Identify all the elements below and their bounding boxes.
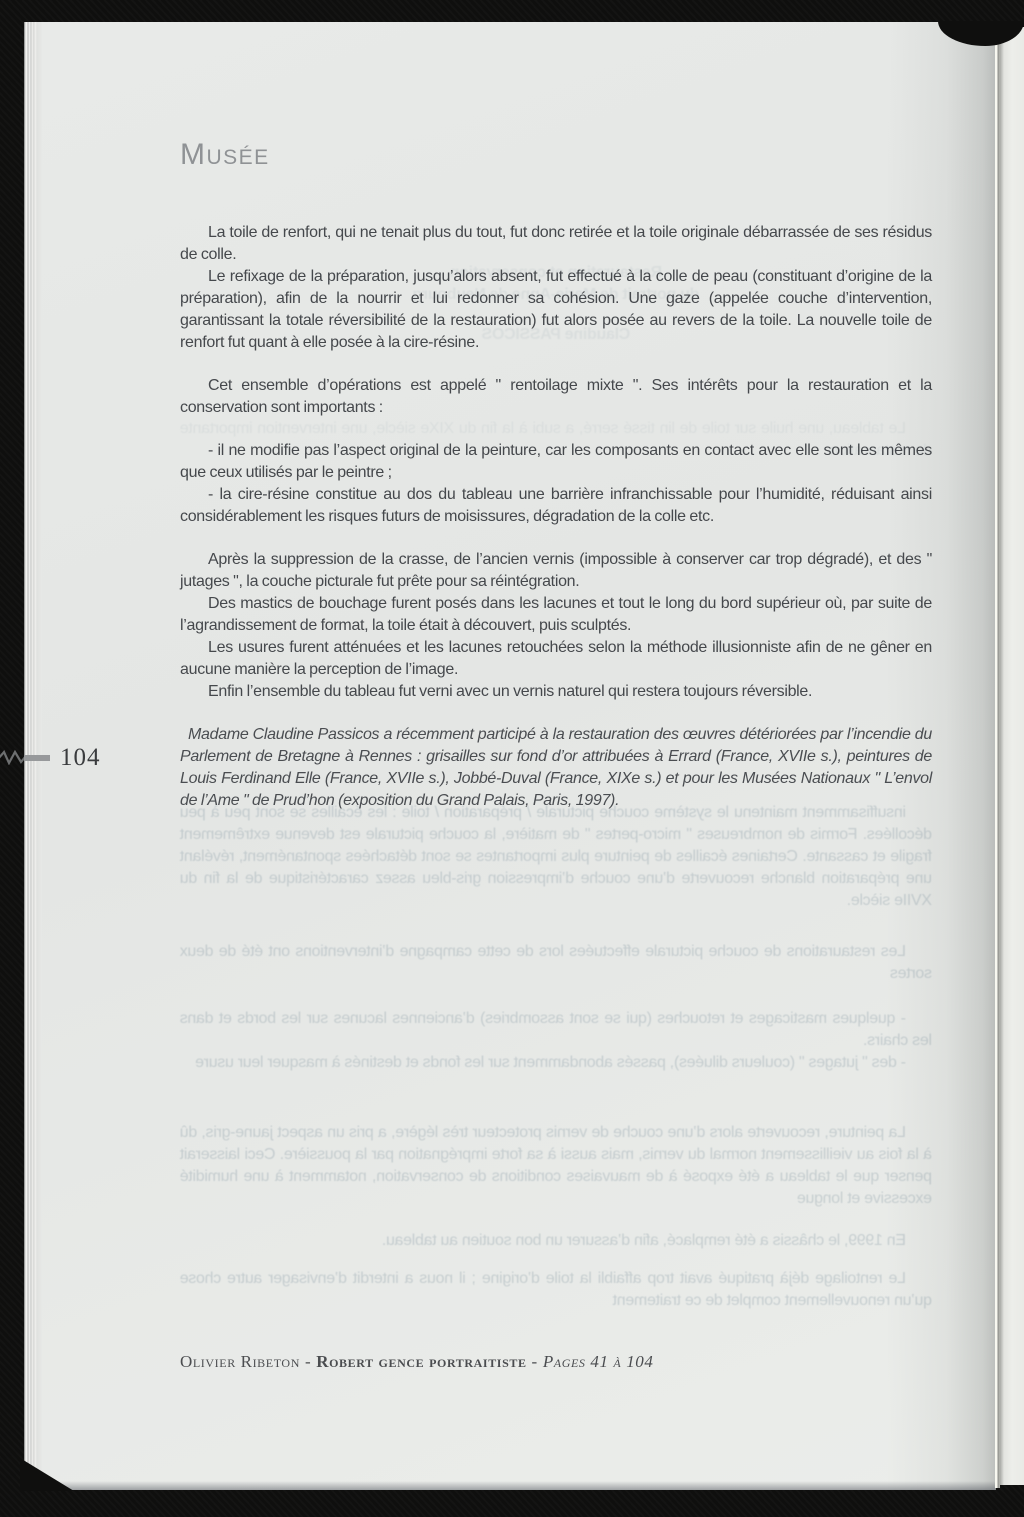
bleed-through-text: En 1999, le châssis a été remplacé, afin… (180, 1230, 932, 1252)
paragraph: Le refixage de la préparation, jusqu’alo… (180, 266, 932, 354)
bleed-through-text: Le rentoilage déjà pratiqué avait trop a… (180, 1268, 932, 1312)
paragraph: Madame Claudine Passicos a récemment par… (180, 724, 932, 812)
paragraph: - il ne modifie pas l’aspect original de… (180, 440, 932, 484)
book-page: Musée Restauration et conservation du po… (24, 22, 996, 1490)
bleed-through-text: - quelques masticages et retouches (qui … (180, 1008, 932, 1052)
section-header: Musée (180, 138, 270, 172)
paragraph: La toile de renfort, qui ne tenait plus … (180, 222, 932, 266)
bleed-through-text: Les restaurations de couche picturale ef… (180, 941, 932, 985)
footer-caption: Olivier Ribeton-Robert gence portraitist… (180, 1352, 654, 1372)
body-text-column: La toile de renfort, qui ne tenait plus … (180, 222, 932, 812)
paragraph: - la cire-résine constitue au dos du tab… (180, 484, 932, 528)
facing-page-sliver (1000, 27, 1024, 1485)
footer-author: Olivier Ribeton (180, 1352, 300, 1371)
paragraph: Des mastics de bouchage furent posés dan… (180, 593, 932, 637)
paragraph: Cet ensemble d’opérations est appelé " r… (180, 375, 932, 419)
footer-separator: - (532, 1352, 538, 1371)
footer-separator: - (305, 1352, 311, 1371)
footer-page-range: Pages 41 à 104 (543, 1352, 654, 1371)
binding-tab-marker (0, 749, 54, 765)
bleed-through-text: - des " jutages " (couleurs diluées), pa… (180, 1052, 932, 1074)
bleed-through-text: insuffisamment maintenu le système couch… (180, 802, 932, 912)
bleed-through-text: La peinture, recouverte alors d’une couc… (180, 1122, 932, 1210)
margin-page-number: 104 (60, 744, 101, 772)
scanner-background: Musée Restauration et conservation du po… (0, 0, 1024, 1517)
paragraph: Les usures furent atténuées et les lacun… (180, 637, 932, 681)
footer-book-title: Robert gence portraitiste (316, 1352, 526, 1371)
paragraph: Enfin l’ensemble du tableau fut verni av… (180, 681, 932, 703)
paragraph: Après la suppression de la crasse, de l’… (180, 549, 932, 593)
